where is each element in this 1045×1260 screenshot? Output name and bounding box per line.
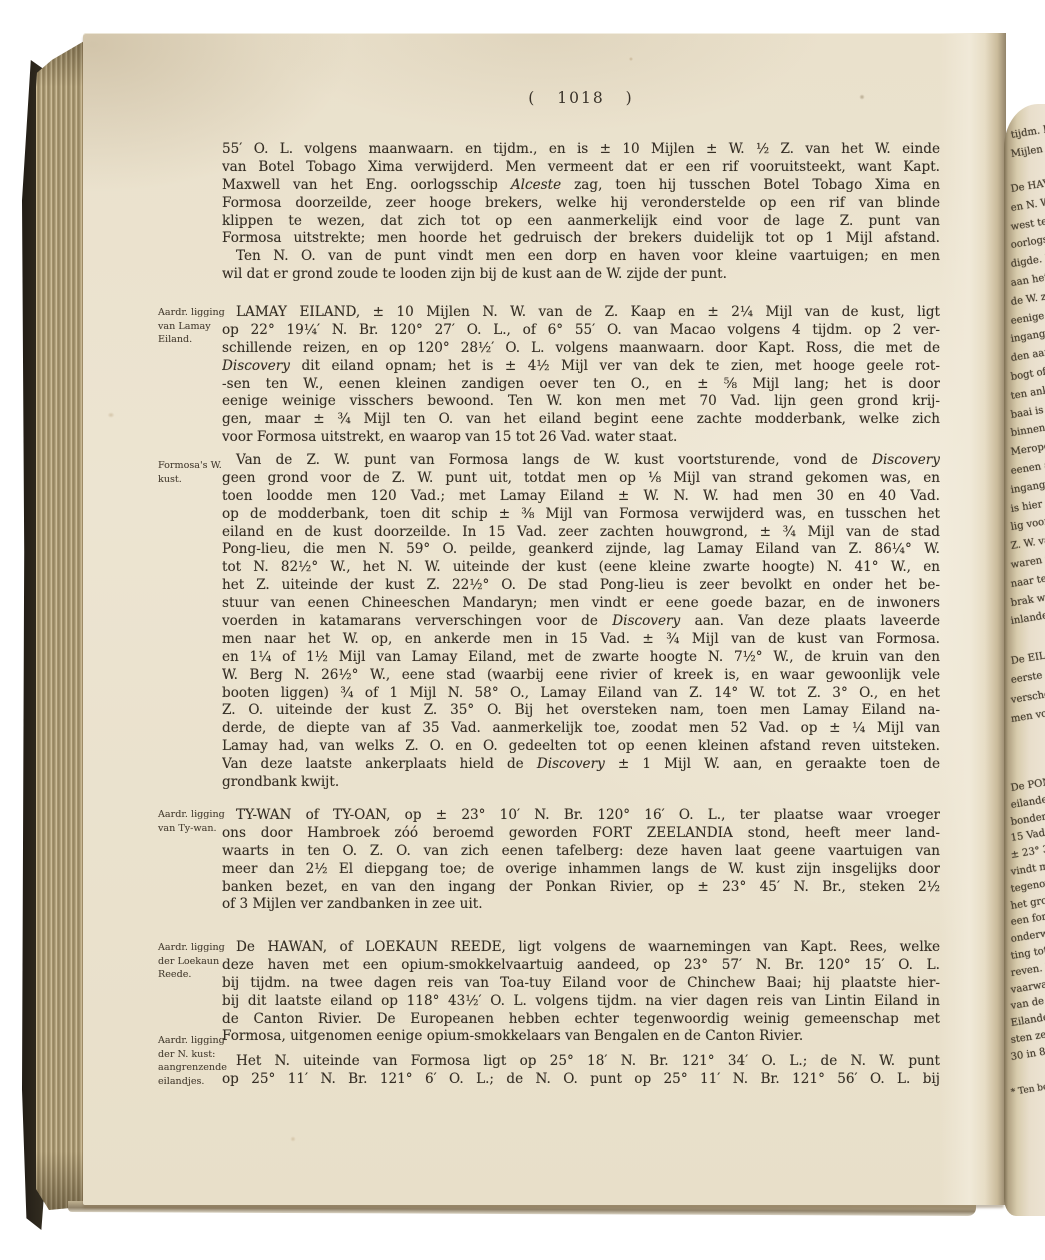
text-line: -sen ten W., eenen kleinen zandigen oeve… [222,376,940,394]
text-line: wil dat er grond zoude te looden zijn bi… [222,266,940,284]
text-line: LAMAY EILAND, ± 10 Mijlen N. W. van de Z… [222,304,940,322]
right-page-footnote-fragment: * Ten be [1011,1085,1045,1101]
text-line: derde, de diepte van af 35 Vad. aanmerke… [222,720,940,738]
paragraph-hawan-loekaun-reede: De HAWAN, of LOEKAUN REEDE, ligt volgens… [222,939,940,1046]
text-line: grondbank kwijt. [222,774,940,792]
text-line: banken bezet, en van den ingang der Ponk… [222,879,940,897]
text-line: tijdm. Er ligt [1010,106,1045,145]
text-line: het Z. uiteinde der kust Z. 22½° O. De s… [222,577,940,595]
text-line: Aardr. ligging [158,1034,222,1048]
text-line: de Canton Rivier. De Europeanen hebben e… [222,1011,940,1029]
text-line: Maxwell van het Eng. oorlogsschip Alcest… [222,177,940,195]
text-line: op 22° 19¼′ N. Br. 120° 27′ O. L., of 6°… [222,322,940,340]
margin-note-formosa-w-kust: Formosa's W.kust. [158,459,222,486]
paragraph-n-uiteinde-formosa: Het N. uiteinde van Formosa ligt op 25° … [222,1053,940,1089]
text-line: kust. [158,473,222,487]
text-line: W. Berg N. 26½° W., eene stad (waarbij e… [222,667,940,685]
text-line: aangrenzende [158,1061,222,1075]
text-line: De PON [1010,761,1045,798]
book-gutter [940,33,1006,1205]
text-line: booten liggen) ¾ of 1 Mijl N. 58° O., La… [222,685,940,703]
text-line: Reede. [158,968,222,982]
text-line: toen loodde men 120 Vad.; met Lamay Eila… [222,488,940,506]
text-line: van Lamay [158,320,222,334]
text-line: meer dan 2½ El diepgang toe; de overige … [222,861,940,879]
text-line: Formosa, uitgenomen eenige opium-smokkel… [222,1028,940,1046]
text-line: eenige weinige visschers bewoond. Ten W.… [222,393,940,411]
paragraph-dorp-en-haven: Ten N. O. van de punt vindt men een dorp… [222,248,940,284]
text-line: Aardr. ligging [158,941,222,955]
margin-note-ty-wan: Aardr. liggingvan Ty-wan. [158,808,222,835]
text-line: men naar het W. op, en ankerde men in 15… [222,631,940,649]
margin-note-lamay-eiland: Aardr. liggingvan LamayEiland. [158,306,222,347]
text-line: op de modderbank, toen dit schip ± ⅜ Mij… [222,506,940,524]
page-number: ( 1018 ) [222,89,940,107]
text-line: Lamay had, van welks Z. O. en O. gedeelt… [222,738,940,756]
text-line: op 25° 11′ N. Br. 121° 6′ O. L.; de N. O… [222,1071,940,1089]
right-page-fragment-block: De EILANeerste op 23verscheidenmen voor … [1011,652,1045,729]
text-line: Aardr. ligging [158,306,222,320]
text-line: deze haven met een opium-smokkelvaartuig… [222,957,940,975]
text-line: van Botel Tobago Xima verwijderd. Men ve… [222,159,940,177]
margin-note-loekaun-reede: Aardr. liggingder LoekaunReede. [158,941,222,982]
text-line: Van deze laatste ankerplaats hield de Di… [222,756,940,774]
text-line: ons door Hambroek zóó beroemd geworden F… [222,825,940,843]
text-line: voerden in katamarans ververschingen voo… [222,613,940,631]
book-photo: { "page": { "number_display": "( 1018 )"… [0,0,1045,1260]
text-line: geen grond voor de Z. W. punt uit, totda… [222,470,940,488]
paragraph-botel-tobago: 55′ O. L. volgens maanwaarn. en tijdm., … [222,141,940,248]
text-line: tot N. 82½° W., het N. W. uiteinde der k… [222,559,940,577]
text-line: schillende reizen, en op 120° 28½′ O. L.… [222,340,940,358]
text-line: klippen te wezen, dat zich tot op een aa… [222,213,940,231]
text-line: waarts in ten O. Z. O. van zich eenen ta… [222,843,940,861]
text-line: 55′ O. L. volgens maanwaarn. en tijdm., … [222,141,940,159]
book-page-right-sliver: tijdm. Er ligtMijlen wijd veili De HAVEN… [1004,104,1045,1216]
text-line: eiland en de kust doorzeilde. In 15 Vad.… [222,524,940,542]
margin-note-n-kust-eilandjes: Aardr. liggingder N. kust:aangrenzendeei… [158,1034,222,1088]
right-page-fragment-block: tijdm. Er ligtMijlen wijd veili [1011,126,1045,164]
text-line: en 1¼ of 1½ Mijl van Lamay Eiland, met d… [222,649,940,667]
text-line: Ten N. O. van de punt vindt men een dorp… [222,248,940,266]
text-line: bij tijdm. na twee dagen reis van Toa-tu… [222,975,940,993]
text-line: Van de Z. W. punt van Formosa langs de W… [222,452,940,470]
page-edge-stack [36,40,86,1210]
right-page-fragment-block: De HAVEN VAen N. W. puntwest te zijn,oor… [1011,181,1045,632]
text-line: Formosa's W. [158,459,222,473]
text-line: * Ten be [1010,1065,1045,1101]
text-line: Formosa uitstrekte; men hoorde het gedru… [222,230,940,248]
text-line: gen, maar ± ¾ Mijl ten O. van het eiland… [222,411,940,429]
text-line: van Ty-wan. [158,822,222,836]
paragraph-lamay-eiland: LAMAY EILAND, ± 10 Mijlen N. W. van de Z… [222,304,940,447]
text-line: Pong-lieu, die men N. 59° O. peilde, gea… [222,541,940,559]
paragraph-formosa-w-kust: Van de Z. W. punt van Formosa langs de W… [222,452,940,792]
text-line: Het N. uiteinde van Formosa ligt op 25° … [222,1053,940,1071]
right-page-fragment-block: De PONeilanden vabonden zijn15 Vad., 1± … [1011,781,1045,1067]
text-line: eilandjes. [158,1075,222,1089]
text-line: der Loekaun [158,955,222,969]
text-line: voor Formosa uitstrekt, en waarop van 15… [222,429,940,447]
text-line: bij dit laatste eiland op 118° 43½′ O. L… [222,993,940,1011]
book-page-left: ( 1018 ) Aardr. liggingvan LamayEiland. … [83,33,1004,1205]
text-line: Discovery dit eiland opnam; het is ± 4½ … [222,358,940,376]
text-line: of 3 Mijlen ver zandbanken in zee uit. [222,896,940,914]
text-line: Eiland. [158,333,222,347]
text-line: der N. kust: [158,1048,222,1062]
text-line: Aardr. ligging [158,808,222,822]
text-line: De HAVEN VA [1010,161,1045,200]
paragraph-ty-wan: TY-WAN of TY-OAN, op ± 23° 10′ N. Br. 12… [222,807,940,914]
text-line: De HAWAN, of LOEKAUN REEDE, ligt volgens… [222,939,940,957]
text-line: Formosa doorzeilde, zeer hooge brekers, … [222,195,940,213]
text-line: TY-WAN of TY-OAN, op ± 23° 10′ N. Br. 12… [222,807,940,825]
text-line: stuur van eenen Chineeschen Mandaryn; me… [222,595,940,613]
text-line: Z. O. uiteinde der kust Z. 35° O. Bij he… [222,702,940,720]
